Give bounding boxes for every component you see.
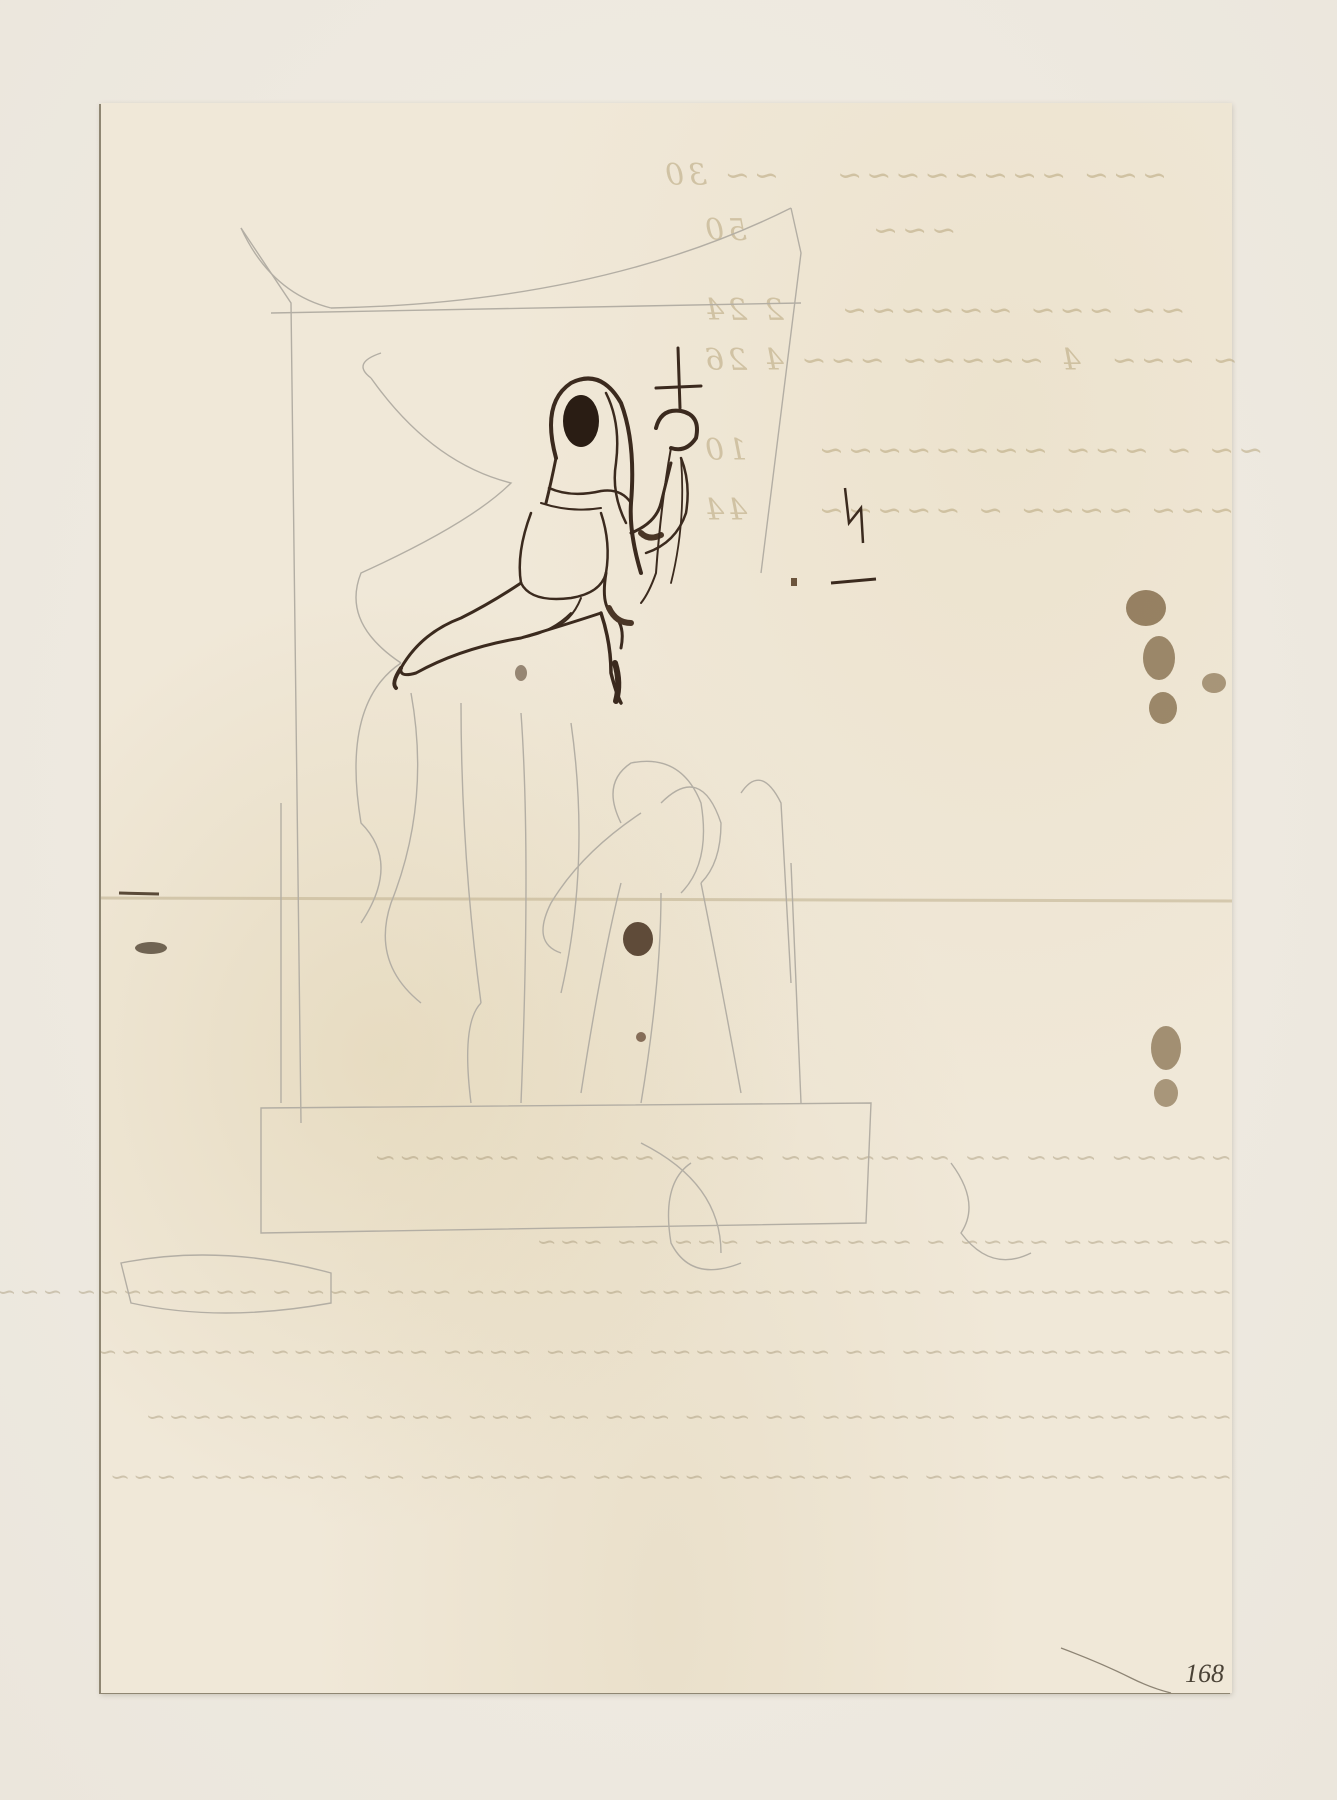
paper-crease xyxy=(1061,1648,1171,1693)
fold-line xyxy=(101,898,1232,901)
folio-number: 168 xyxy=(1185,1659,1224,1689)
edge-mark xyxy=(119,893,159,894)
seated-figure-ink xyxy=(394,348,701,703)
pencil-underdrawing xyxy=(121,208,1031,1313)
ink-stains xyxy=(135,590,1226,1107)
paper-sheet: ~~~ ~~~~~~~~ ~~ 30 ~~~ 50 ~~ ~~~ ~~~~~~ … xyxy=(101,103,1232,1693)
ink-marks xyxy=(791,488,876,586)
drawing-layer xyxy=(101,103,1232,1693)
